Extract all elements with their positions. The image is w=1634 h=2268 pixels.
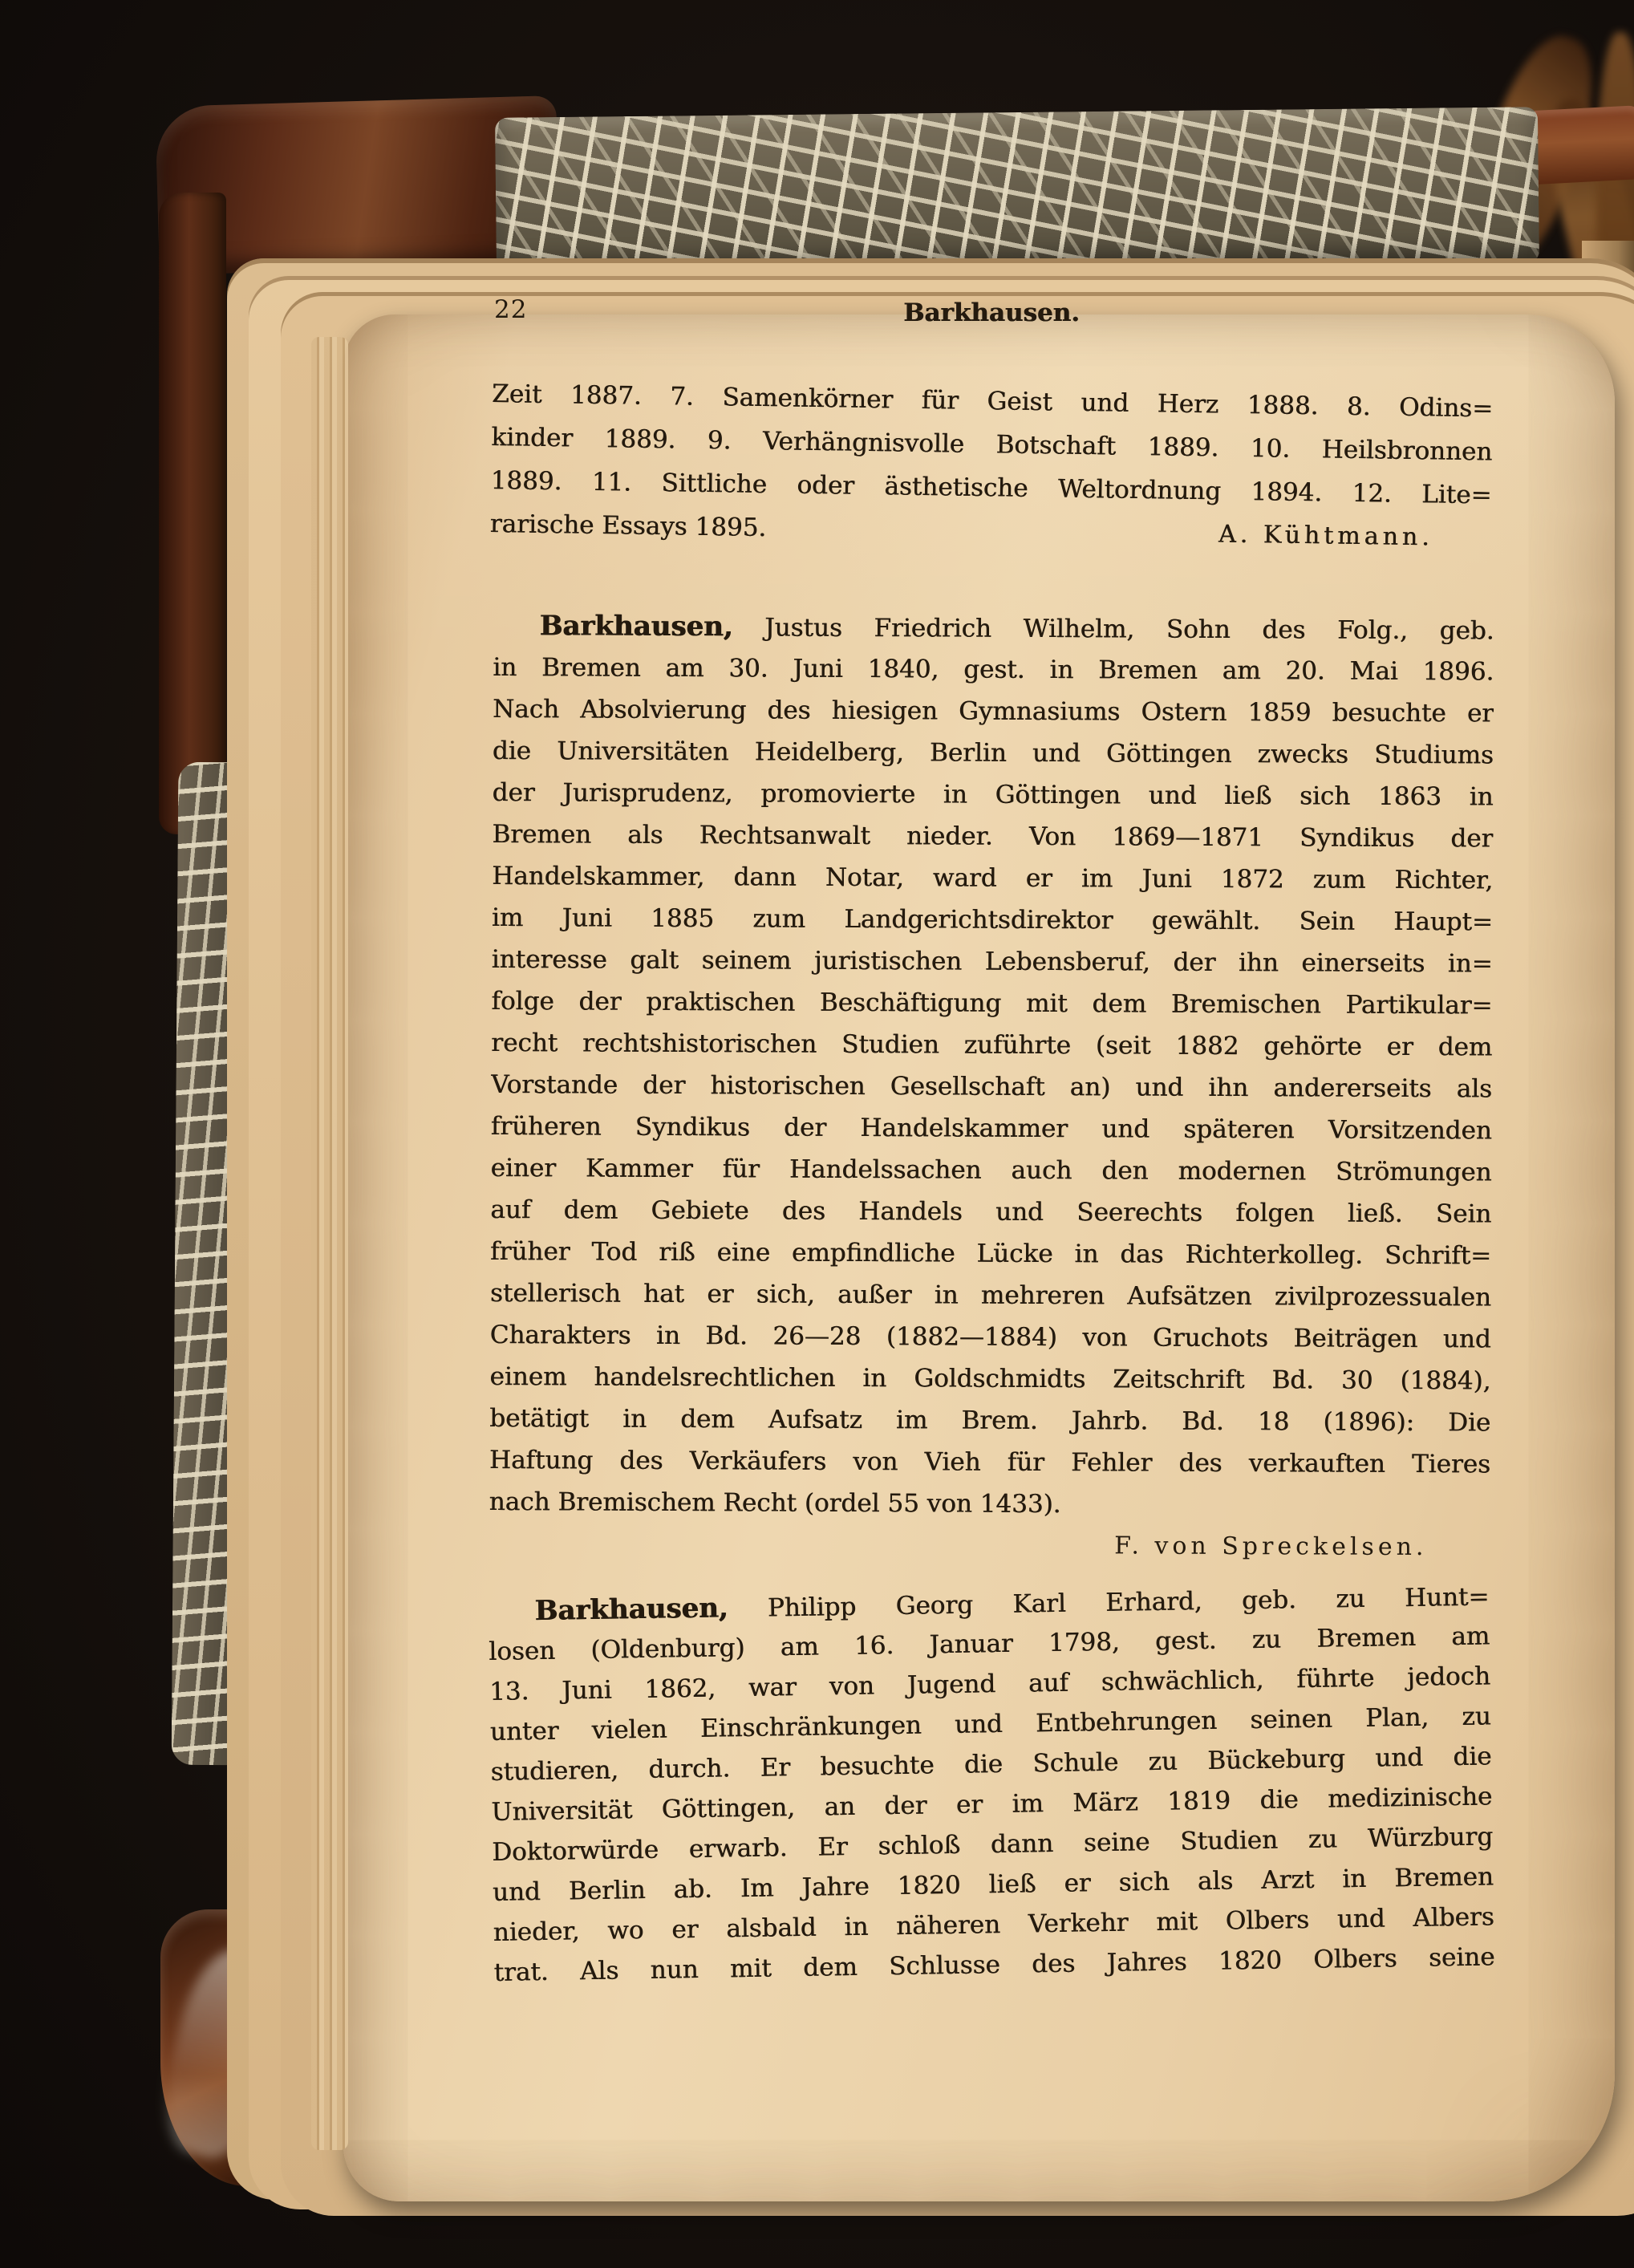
book-scan-scene: 22 Barkhausen. Zeit 1887. 7. Samenkörner… [0,0,1634,2268]
signature-line: F. von Spreckelsen. [489,1523,1490,1568]
text-line: in Bremen am 30. Juni 1840, gest. in Bre… [493,647,1494,692]
text-line: im Juni 1885 zum Landgerichtsdirektor ge… [492,897,1493,943]
marbled-cover-band-top [495,107,1539,274]
author-signature: A. Kühtmann. [1218,513,1491,560]
entry-headword: Barkhausen, [534,1592,728,1627]
text-line: stellerisch hat er sich, außer in mehrer… [490,1272,1491,1318]
running-title: Barkhausen. [491,298,1492,327]
text-column: 22 Barkhausen. Zeit 1887. 7. Samenkörner… [491,290,1492,1993]
text-line: Bremen als Rechtsanwalt nieder. Von 1869… [492,813,1493,859]
text-line: Vorstande der historischen Gesellschaft … [491,1064,1492,1110]
entry-philipp-barkhausen: Barkhausen, Philipp Georg Karl Erhard, g… [488,1576,1495,1993]
text-line: auf dem Gebiete des Handels und Seerecht… [490,1189,1491,1235]
text-line: früheren Syndikus der Handelskammer und … [491,1106,1492,1151]
text-line: die Universitäten Heidelberg, Berlin und… [493,730,1494,776]
text-line: früher Tod riß eine empfindliche Lücke i… [490,1231,1491,1276]
text-line: einer Kammer für Handelssachen auch den … [490,1147,1491,1193]
author-signature: F. von Spreckelsen. [1114,1532,1427,1561]
text-line: Charakters in Bd. 26—28 (1882—1884) von … [490,1314,1491,1360]
first-line-rest: Justus Friedrich Wilhelm, Sohn des Folg.… [732,613,1494,645]
text-line: Haftung des Verkäufers von Vieh für Fehl… [489,1439,1490,1485]
text-line: der Jurisprudenz, promovierte in Götting… [492,772,1493,818]
text-line: folge der praktischen Beschäftigung mit … [491,980,1492,1026]
text-line: nach Bremischem Recht (ordel 55 von 1433… [489,1481,1490,1527]
leather-spine-left [159,193,226,834]
text-line: interesse galt seinem juristischen Leben… [492,939,1493,984]
last-line-text: rarische Essays 1895. [489,502,766,550]
text-line: einem handelsrechtlichen in Goldschmidts… [489,1356,1490,1402]
text-line: Barkhausen, Justus Friedrich Wilhelm, So… [493,605,1494,651]
text-line: Handelskammer, dann Notar, ward er im Ju… [492,855,1493,901]
entry-headword: Barkhausen, [539,610,732,643]
text-line: betätigt in dem Aufsatz im Brem. Jahrb. … [489,1398,1490,1443]
page-header: 22 Barkhausen. [491,290,1492,339]
entry-justus-barkhausen: Barkhausen, Justus Friedrich Wilhelm, So… [489,605,1494,1568]
entry-continuation: Zeit 1887. 7. Samenkörner für Geist und … [489,372,1493,560]
text-line: Nach Absolvierung des hiesigen Gymnasium… [493,688,1494,734]
text-line: recht rechtshistorischen Studien zuführt… [491,1022,1492,1068]
gutter-page-edges [311,337,348,2150]
